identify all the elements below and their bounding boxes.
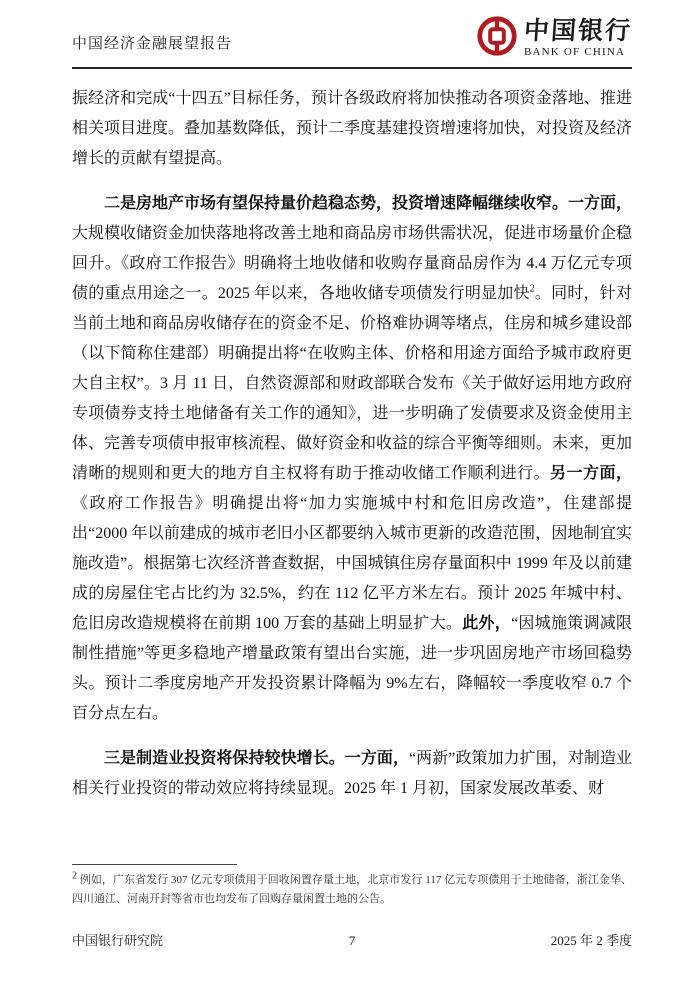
paragraph-run: 。同时，针对当前土地和商品房收储存在的资金不足、价格难协调等堵点，住房和城乡建设… [72, 285, 632, 482]
footnote-text: 2 例如，广东省发行 307 亿元专项债用于回收闲置存量土地，北京市发行 117… [72, 871, 632, 909]
boc-logo-text: 中国银行 BANK OF CHINA [524, 19, 632, 58]
footer-issue: 2025 年 2 季度 [355, 930, 632, 949]
bank-of-china-logo: 中国银行 BANK OF CHINA [477, 16, 632, 61]
paragraph: 振经济和完成“十四五”目标任务，预计各级政府将加快推动各项资金落地、推进相关项目… [72, 84, 632, 174]
boc-chinese-name: 中国银行 [523, 19, 633, 44]
footnote-divider [72, 864, 237, 865]
paragraph-run: 《政府工作报告》明确提出将“加力实施城中村和危旧房改造”，住建部提出“2000 … [72, 495, 632, 632]
page-header: 中国经济金融展望报告 中国银行 BANK OF CHINA [72, 16, 632, 61]
footnote-body: 例如，广东省发行 307 亿元专项债用于回收闲置存量土地，北京市发行 117 亿… [72, 874, 632, 905]
page-footer: 中国银行研究院 7 2025 年 2 季度 [72, 930, 632, 949]
boc-coin-icon [477, 16, 517, 61]
paragraph: 三是制造业投资将保持较快增长。一方面，“两新”政策加力扩围，对制造业相关行业投资… [72, 744, 632, 804]
paragraph-run: 三是制造业投资将保持较快增长。一方面， [104, 750, 409, 767]
footer-institution: 中国银行研究院 [72, 930, 349, 949]
footnote: 2 例如，广东省发行 307 亿元专项债用于回收闲置存量土地，北京市发行 117… [72, 864, 632, 909]
header-divider [72, 67, 632, 69]
paragraph-run: 二是房地产市场有望保持量价趋稳态势，投资增速降幅继续收窄。一方面， [104, 195, 632, 212]
paragraph-run: 此外， [462, 615, 511, 632]
paragraph-run: 振经济和完成“十四五”目标任务，预计各级政府将加快推动各项资金落地、推进相关项目… [72, 90, 632, 167]
document-page: 中国经济金融展望报告 中国银行 BANK OF CHINA [0, 0, 700, 990]
paragraph-run: 另一方面， [550, 465, 632, 482]
boc-english-name: BANK OF CHINA [524, 47, 625, 58]
paragraph: 二是房地产市场有望保持量价趋稳态势，投资增速降幅继续收窄。一方面，大规模收储资金… [72, 189, 632, 729]
body-paragraphs: 振经济和完成“十四五”目标任务，预计各级政府将加快推动各项资金落地、推进相关项目… [72, 84, 632, 819]
report-title: 中国经济金融展望报告 [72, 32, 232, 61]
footnote-marker: 2 [72, 870, 77, 881]
